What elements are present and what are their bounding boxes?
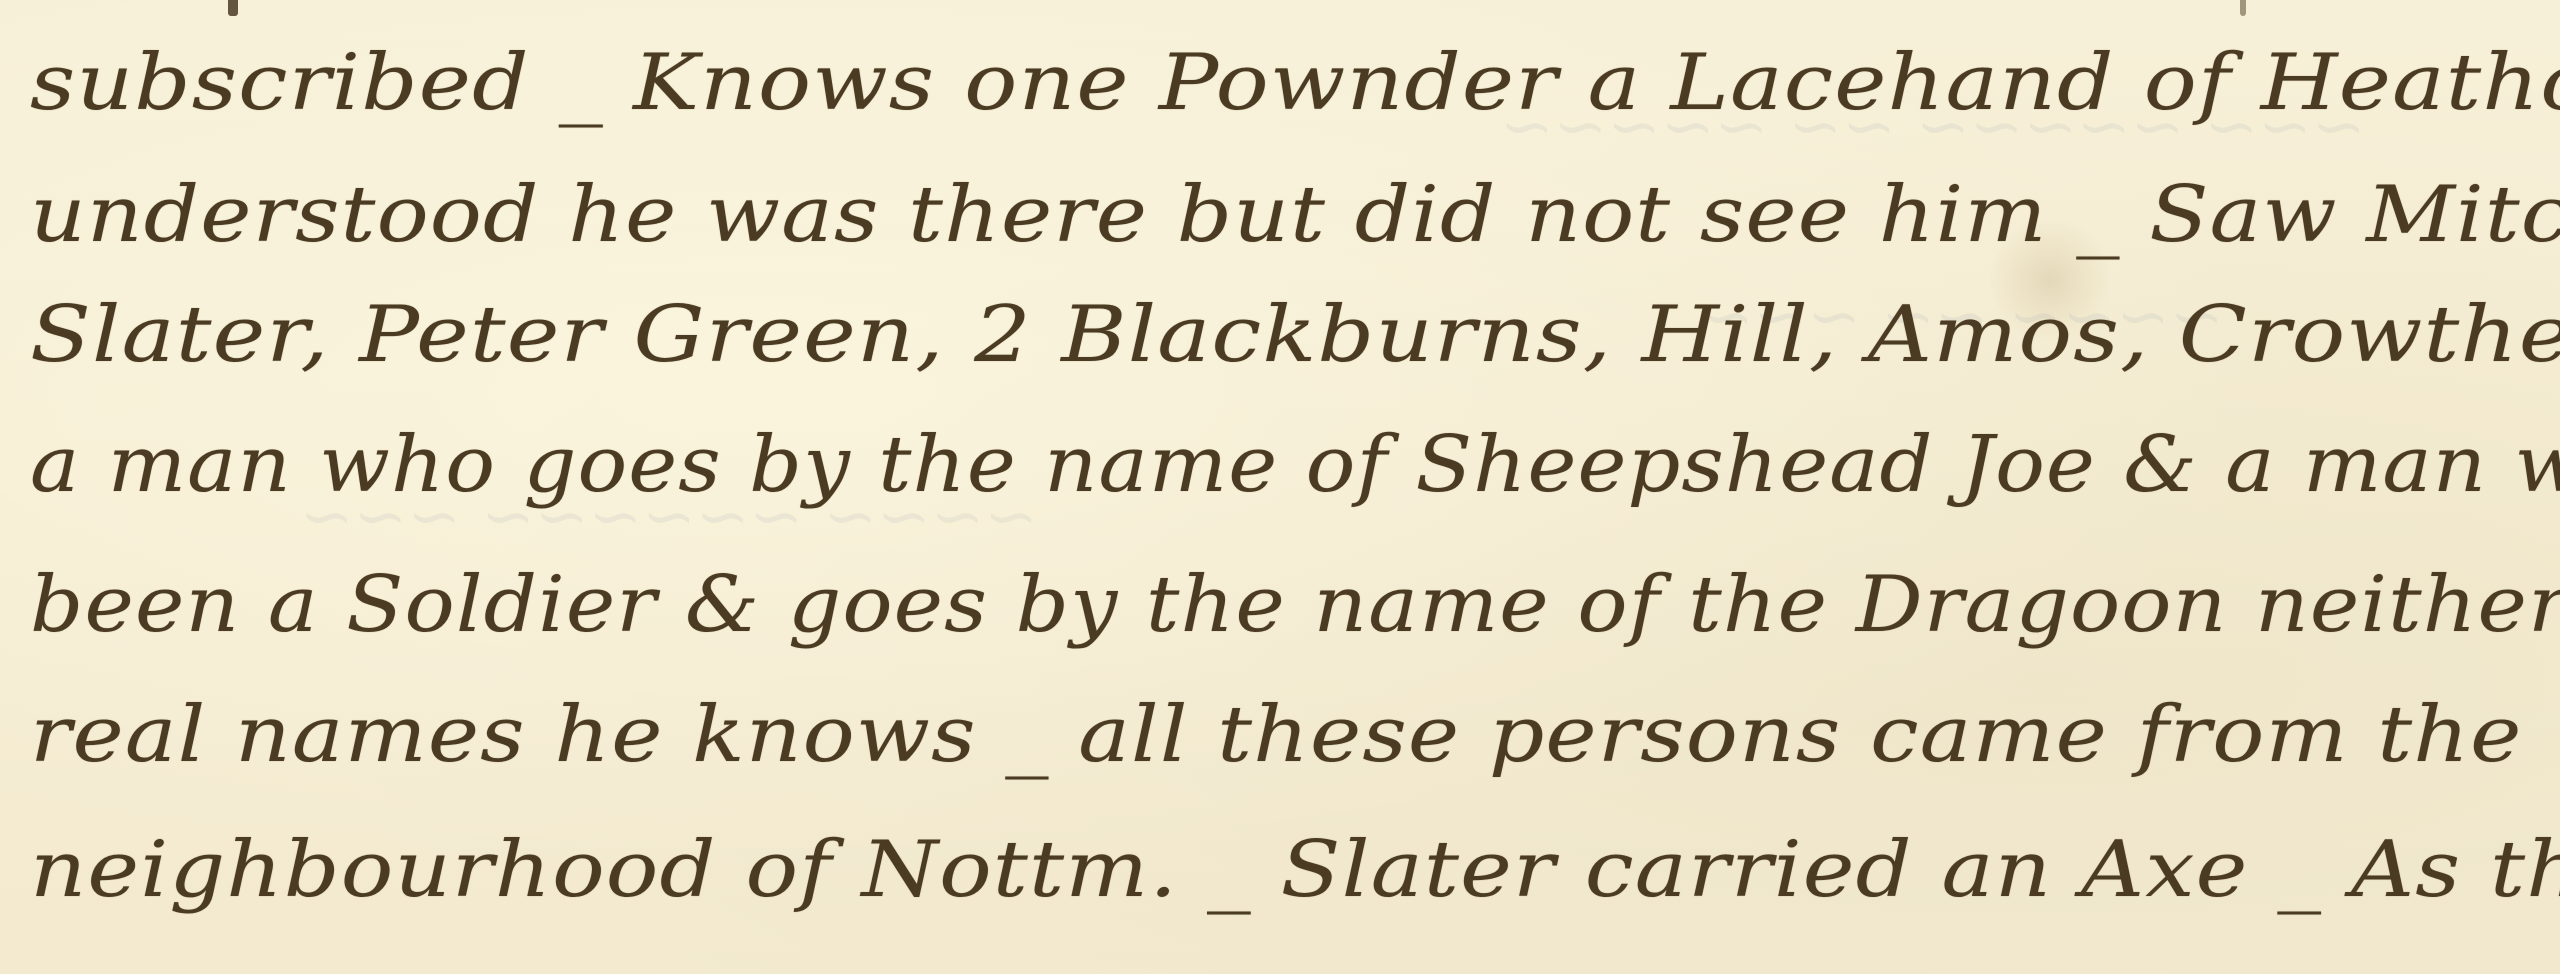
manuscript-line-5: been a Soldier & goes by the name of the… <box>30 560 2560 650</box>
manuscript-line-2: understood he was there but did not see … <box>30 170 2560 260</box>
manuscript-line-3: Slater, Peter Green, 2 Blackburns, Hill,… <box>30 290 2560 380</box>
descender-fragment <box>2240 0 2246 16</box>
manuscript-line-1: subscribed _ Knows one Pownder a Lacehan… <box>30 38 2560 128</box>
manuscript-line-7: neighbourhood of Nottm. _ Slater carried… <box>30 825 2560 915</box>
manuscript-page: ~~~ ~~~~~ ~~ ~~~~~ ~~~~ ~~ ~~~ ~~~~ ~~~~… <box>0 0 2560 974</box>
descender-fragment <box>228 0 238 16</box>
manuscript-line-6: real names he knows _ all these persons … <box>30 690 2522 780</box>
manuscript-line-4: a man who goes by the name of Sheepshead… <box>30 420 2560 510</box>
